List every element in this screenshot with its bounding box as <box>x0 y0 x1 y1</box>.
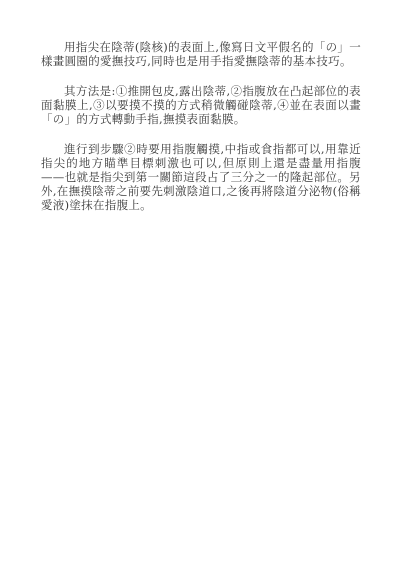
paragraph-method-steps: 其方法是:①推開包皮,露出陰蒂,②指腹放在凸起部位的表面黏膜上,③以要摸不摸的方… <box>41 84 361 126</box>
paragraph-fingertip-detail: 進行到步驟②時要用指腹觸摸,中指或食指都可以,用靠近指尖的地方瞄準目標刺激也可以… <box>41 142 361 212</box>
paragraph-stroke-technique-intro: 用指尖在陰蒂(陰核)的表面上,像寫日文平假名的「の」一樣畫圓圈的愛撫技巧,同時也… <box>41 40 361 68</box>
document-page: 用指尖在陰蒂(陰核)的表面上,像寫日文平假名的「の」一樣畫圓圈的愛撫技巧,同時也… <box>0 0 400 566</box>
